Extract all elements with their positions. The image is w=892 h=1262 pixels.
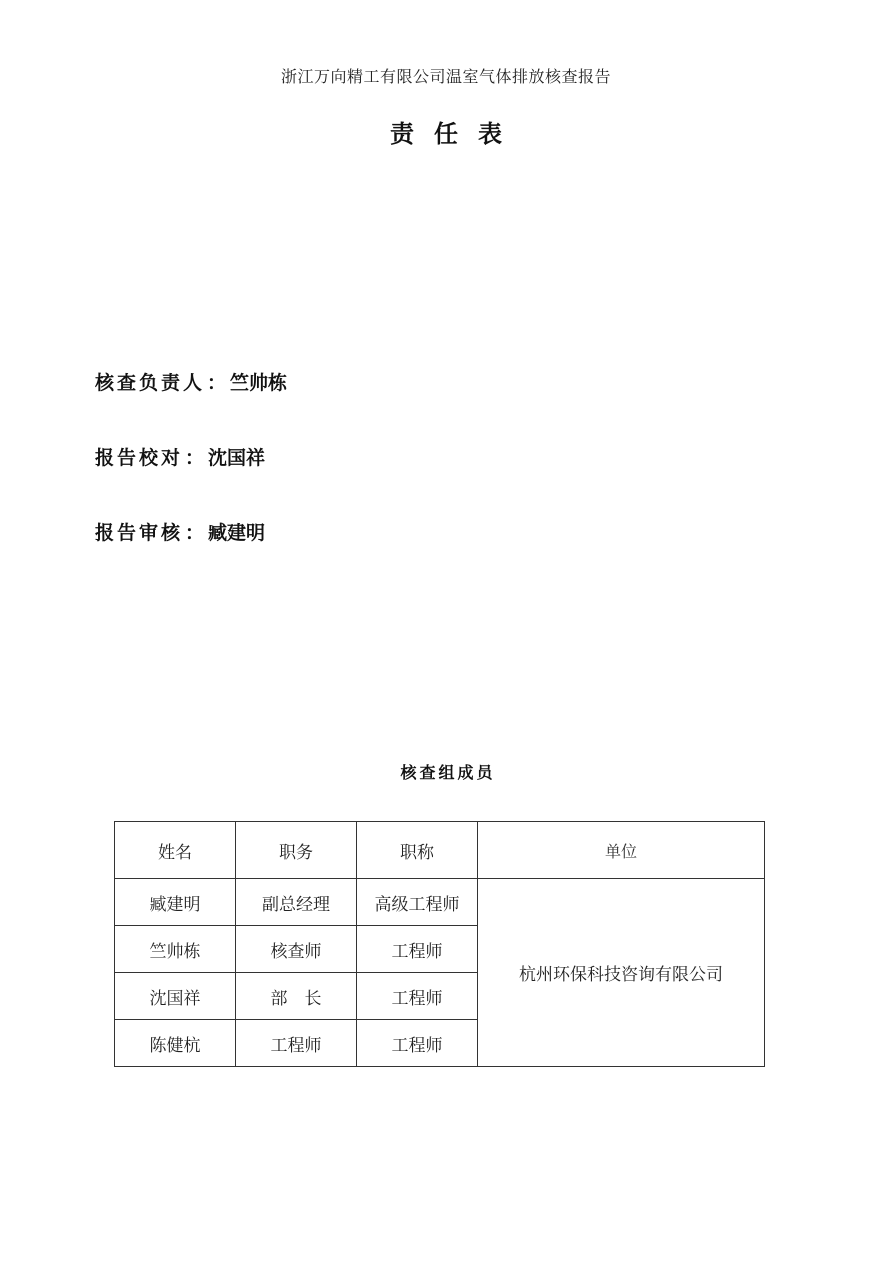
colon: ： — [185, 522, 204, 544]
cell-title: 高级工程师 — [357, 879, 478, 926]
responsibility-lead: 核查负责人：竺帅栋 — [95, 368, 287, 395]
cell-title: 工程师 — [357, 926, 478, 973]
cell-name: 臧建明 — [115, 879, 236, 926]
cell-name: 沈国祥 — [115, 973, 236, 1020]
cell-title: 工程师 — [357, 1020, 478, 1067]
responsibility-review: 报告审核：臧建明 — [95, 518, 265, 545]
responsibility-value: 沈国祥 — [208, 447, 265, 469]
responsibility-proofread: 报告校对：沈国祥 — [95, 443, 265, 470]
cell-title: 工程师 — [357, 973, 478, 1020]
cell-position: 部 长 — [236, 973, 357, 1020]
header-unit: 单位 — [478, 822, 765, 879]
cell-unit: 杭州环保科技咨询有限公司 — [478, 879, 765, 1067]
page-title: 责任表 — [0, 114, 892, 149]
responsibility-value: 竺帅栋 — [230, 372, 287, 394]
team-title: 核查组成员 — [0, 760, 892, 783]
cell-position: 副总经理 — [236, 879, 357, 926]
report-header: 浙江万向精工有限公司温室气体排放核查报告 — [0, 64, 892, 87]
header-position: 职务 — [236, 822, 357, 879]
responsibility-value: 臧建明 — [208, 522, 265, 544]
responsibility-label: 报告校对 — [95, 447, 183, 469]
members-table: 姓名 职务 职称 单位 臧建明 副总经理 高级工程师 杭州环保科技咨询有限公司 … — [114, 821, 765, 1067]
table-row: 臧建明 副总经理 高级工程师 杭州环保科技咨询有限公司 — [115, 879, 765, 926]
colon: ： — [185, 447, 204, 469]
table-header-row: 姓名 职务 职称 单位 — [115, 822, 765, 879]
cell-position: 工程师 — [236, 1020, 357, 1067]
header-title: 职称 — [357, 822, 478, 879]
cell-position: 核查师 — [236, 926, 357, 973]
responsibility-label: 核查负责人 — [95, 372, 205, 394]
cell-name: 竺帅栋 — [115, 926, 236, 973]
colon: ： — [207, 372, 226, 394]
cell-name: 陈健杭 — [115, 1020, 236, 1067]
responsibility-label: 报告审核 — [95, 522, 183, 544]
header-name: 姓名 — [115, 822, 236, 879]
